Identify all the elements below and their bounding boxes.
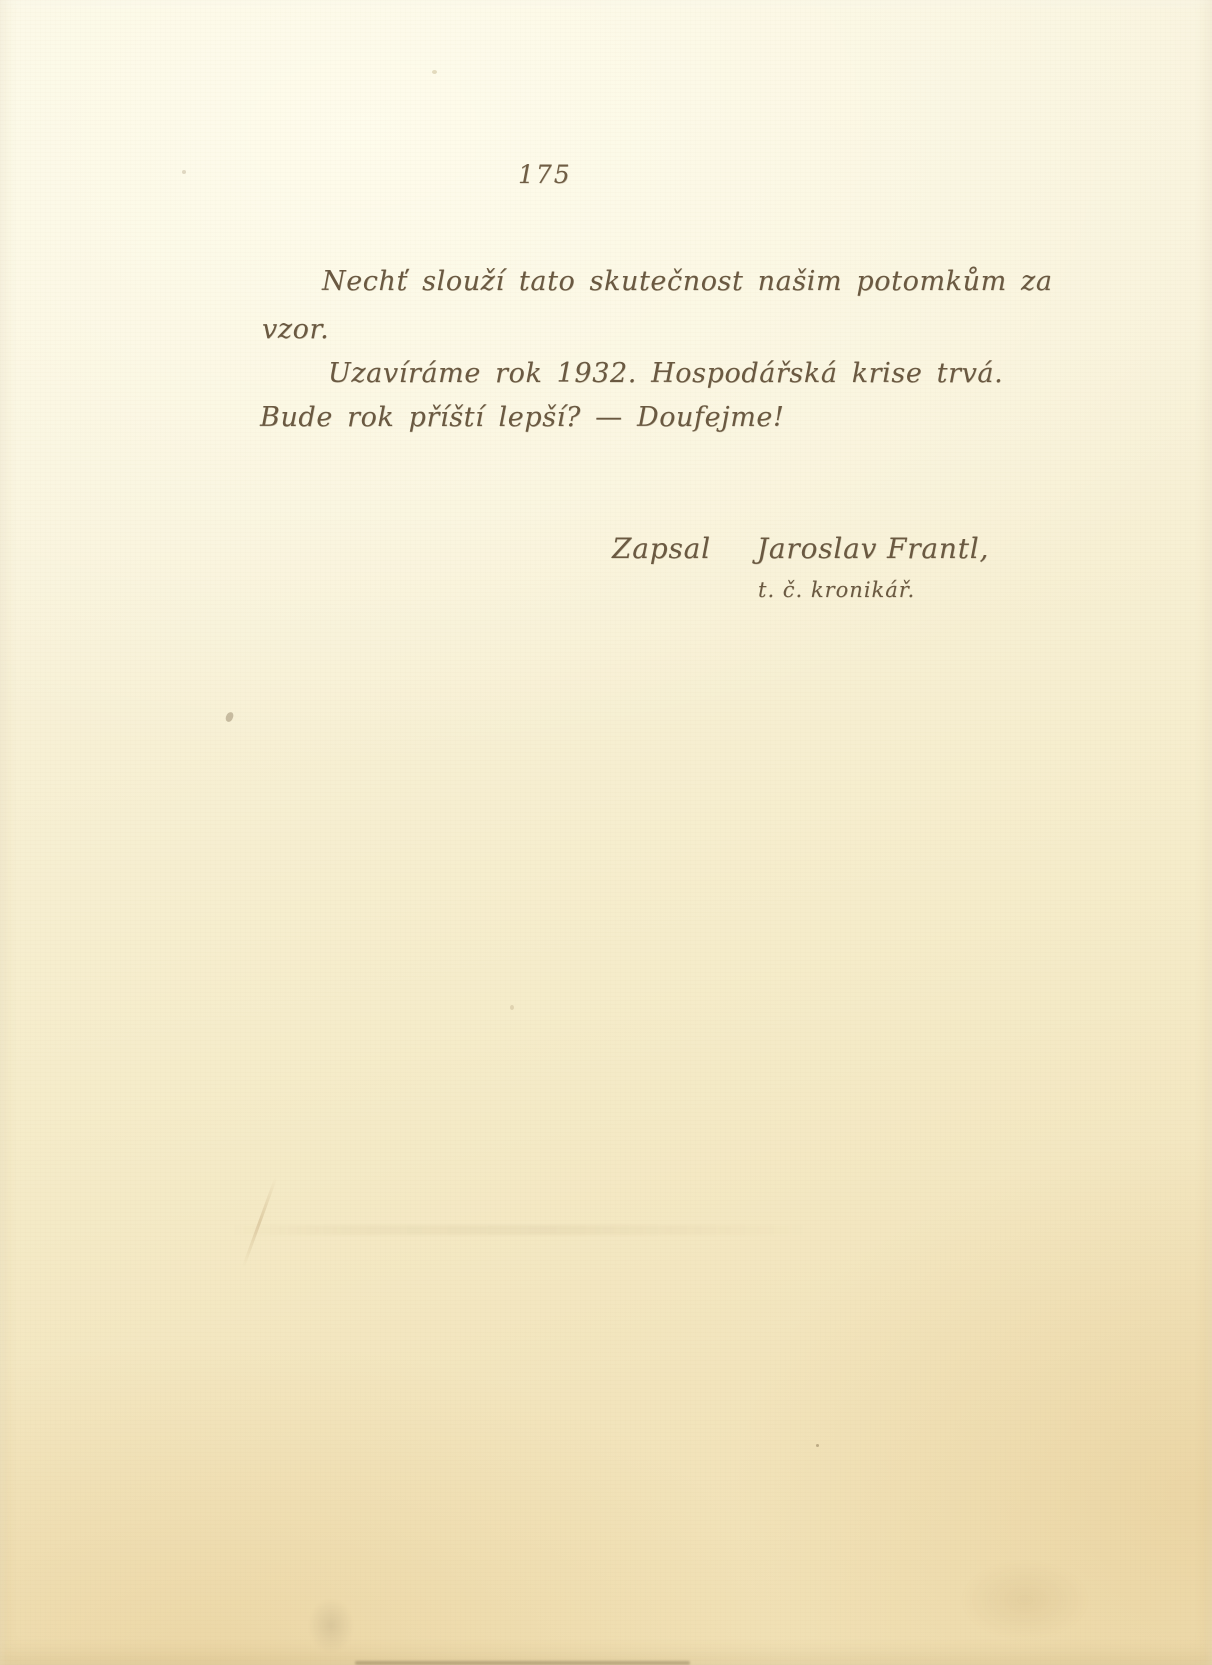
handwritten-line-2: vzor.	[262, 314, 329, 345]
handwritten-line-1: Nechť slouží tato skutečnost našim potom…	[322, 266, 1053, 297]
paper-speck	[225, 711, 234, 722]
handwritten-line-4: Bude rok příští lepší? — Doufejme!	[260, 402, 784, 433]
paper-smudge	[960, 1560, 1090, 1640]
paper-speck	[182, 170, 186, 174]
chronicle-page-scan: 175 Nechť slouží tato skutečnost našim p…	[0, 0, 1212, 1665]
scan-edge-shadow	[355, 1661, 690, 1665]
handwritten-line-3: Uzavíráme rok 1932. Hospodářská krise tr…	[328, 358, 1003, 389]
paper-scratch	[242, 1177, 277, 1267]
paper-speck	[510, 1005, 514, 1010]
page-number: 175	[518, 160, 572, 189]
signature-prefix: Zapsal	[612, 532, 711, 565]
paper-speck	[432, 70, 437, 74]
paper-smudge	[308, 1598, 354, 1653]
signature-role: t. č. kronikář.	[758, 578, 915, 602]
paper-smudge	[230, 1225, 810, 1235]
signature-name: Jaroslav Frantl,	[757, 532, 989, 565]
paper-speck	[816, 1444, 819, 1447]
signature-line: Zapsal Jaroslav Frantl,	[612, 532, 989, 565]
